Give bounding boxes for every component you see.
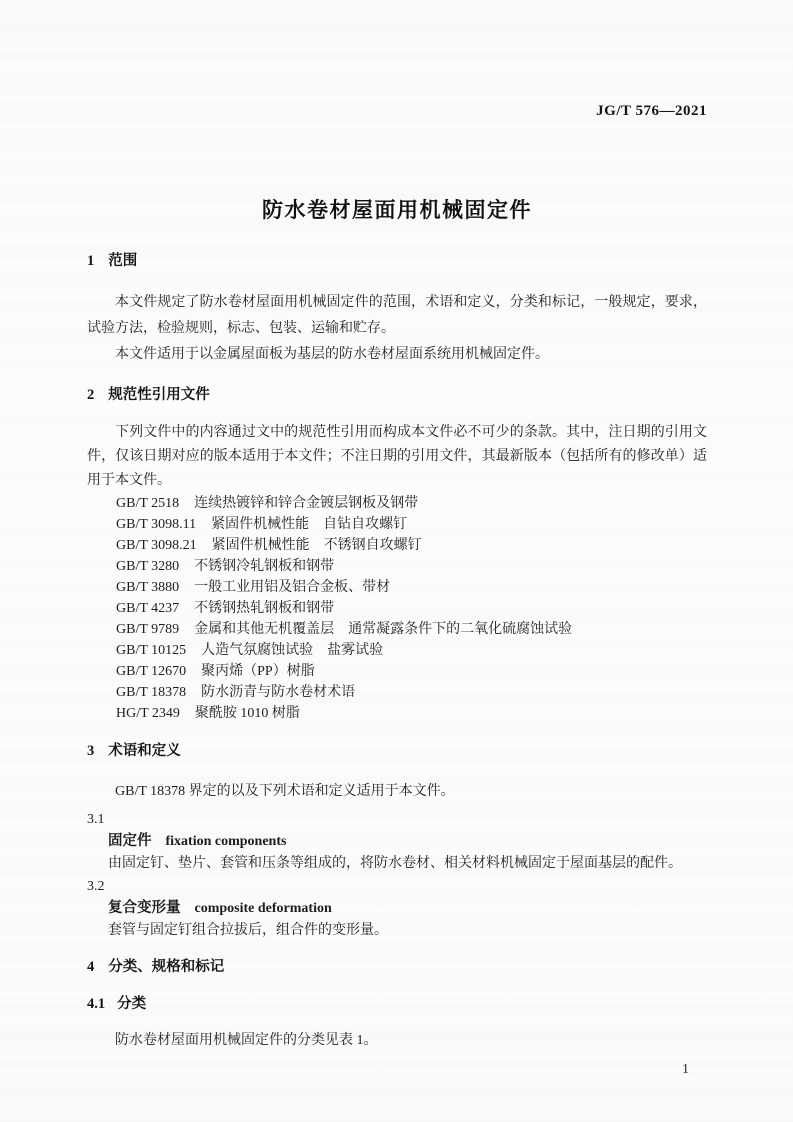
- reference-item: GB/T 3280不锈钢冷轧钢板和钢带: [116, 556, 707, 577]
- reference-item: GB/T 9789金属和其他无机覆盖层 通常凝露条件下的二氧化硫腐蚀试验: [116, 619, 707, 640]
- reference-item: GB/T 3880一般工业用铝及铝合金板、带材: [116, 577, 707, 598]
- section-2-number: 2: [87, 385, 94, 405]
- reference-name: 防水沥青与防水卷材术语: [201, 682, 355, 703]
- reference-code: GB/T 2518: [116, 493, 179, 514]
- scope-paragraph-2: 本文件适用于以金属屋面板为基层的防水卷材屋面系统用机械固定件。: [87, 342, 707, 368]
- classification-paragraph: 防水卷材屋面用机械固定件的分类见表 1。: [87, 1029, 707, 1053]
- section-4-1-title: 分类: [117, 996, 146, 1012]
- reference-code: GB/T 9789: [116, 619, 179, 640]
- reference-item: GB/T 10125人造气氛腐蚀试验 盐雾试验: [116, 640, 707, 661]
- reference-name: 不锈钢热轧钢板和钢带: [194, 598, 334, 619]
- document-title: 防水卷材屋面用机械固定件: [87, 197, 707, 225]
- reference-item: GB/T 18378防水沥青与防水卷材术语: [116, 682, 707, 703]
- term-3-1-id: 3.1: [87, 809, 707, 831]
- page-content: JG/T 576—2021 防水卷材屋面用机械固定件 1范围 本文件规定了防水卷…: [0, 0, 793, 1079]
- reference-code: GB/T 3280: [116, 556, 179, 577]
- reference-item: GB/T 2518连续热镀锌和锌合金镀层钢板及钢带: [116, 493, 707, 514]
- section-1-number: 1: [87, 251, 94, 271]
- reference-item: GB/T 3098.21紧固件机械性能 不锈钢自攻螺钉: [116, 535, 707, 556]
- normative-references-intro: 下列文件中的内容通过文中的规范性引用而构成本文件必不可少的条款。其中，注日期的引…: [87, 421, 707, 493]
- section-4-number: 4: [87, 957, 94, 977]
- reference-name: 人造气氛腐蚀试验 盐雾试验: [201, 640, 383, 661]
- reference-code: GB/T 10125: [116, 640, 186, 661]
- reference-code: GB/T 3880: [116, 577, 179, 598]
- term-3-1-zh: 固定件: [108, 833, 152, 849]
- document-page: JG/T 576—2021 防水卷材屋面用机械固定件 1范围 本文件规定了防水卷…: [0, 0, 793, 1122]
- reference-code: GB/T 3098.11: [116, 514, 196, 535]
- reference-item: GB/T 4237不锈钢热轧钢板和钢带: [116, 598, 707, 619]
- page-number: 1: [87, 1061, 707, 1079]
- section-2-heading: 2规范性引用文件: [87, 385, 707, 405]
- term-3-2-name: 复合变形量composite deformation: [108, 898, 707, 919]
- reference-name: 聚丙烯（PP）树脂: [201, 661, 315, 682]
- section-3-number: 3: [87, 741, 94, 761]
- standard-number: JG/T 576—2021: [87, 102, 707, 121]
- reference-item: GB/T 3098.11紧固件机械性能 自钻自攻螺钉: [116, 514, 707, 535]
- term-3-1-en: fixation components: [166, 834, 287, 849]
- section-3-title: 术语和定义: [108, 743, 181, 759]
- reference-code: GB/T 18378: [116, 682, 186, 703]
- reference-name: 连续热镀锌和锌合金镀层钢板及钢带: [194, 493, 418, 514]
- reference-name: 一般工业用铝及铝合金板、带材: [194, 577, 390, 598]
- section-2-title: 规范性引用文件: [108, 387, 210, 403]
- section-4-1-number: 4.1: [87, 994, 105, 1014]
- reference-code: GB/T 4237: [116, 598, 179, 619]
- scope-paragraph-1: 本文件规定了防水卷材屋面用机械固定件的范围，术语和定义，分类和标记，一般规定，要…: [87, 290, 707, 342]
- term-3-1-name: 固定件fixation components: [108, 831, 707, 852]
- term-3-2-id: 3.2: [87, 876, 707, 898]
- term-3-2-zh: 复合变形量: [108, 900, 181, 916]
- reference-name: 不锈钢冷轧钢板和钢带: [194, 556, 334, 577]
- reference-code: GB/T 3098.21: [116, 535, 197, 556]
- reference-name: 聚酰胺 1010 树脂: [195, 703, 300, 724]
- section-4-1-heading: 4.1分类: [87, 994, 707, 1014]
- term-3-2-definition: 套管与固定钉组合拉拔后，组合件的变形量。: [108, 919, 707, 943]
- term-3-2-en: composite deformation: [195, 901, 332, 916]
- term-3-1-definition: 由固定钉、垫片、套管和压条等组成的，将防水卷材、相关材料机械固定于屋面基层的配件…: [108, 852, 707, 876]
- reference-code: GB/T 12670: [116, 661, 186, 682]
- reference-name: 紧固件机械性能 不锈钢自攻螺钉: [212, 535, 422, 556]
- reference-code: HG/T 2349: [116, 703, 180, 724]
- section-1-title: 范围: [108, 253, 137, 269]
- reference-item: HG/T 2349聚酰胺 1010 树脂: [116, 703, 707, 724]
- reference-list: GB/T 2518连续热镀锌和锌合金镀层钢板及钢带 GB/T 3098.11紧固…: [116, 493, 707, 724]
- reference-item: GB/T 12670聚丙烯（PP）树脂: [116, 661, 707, 682]
- section-3-heading: 3术语和定义: [87, 741, 707, 761]
- section-1-heading: 1范围: [87, 251, 707, 271]
- section-4-heading: 4分类、规格和标记: [87, 957, 707, 977]
- reference-name: 紧固件机械性能 自钻自攻螺钉: [211, 514, 407, 535]
- reference-name: 金属和其他无机覆盖层 通常凝露条件下的二氧化硫腐蚀试验: [194, 619, 572, 640]
- section-4-title: 分类、规格和标记: [108, 959, 224, 975]
- terms-intro: GB/T 18378 界定的以及下列术语和定义适用于本文件。: [87, 780, 707, 804]
